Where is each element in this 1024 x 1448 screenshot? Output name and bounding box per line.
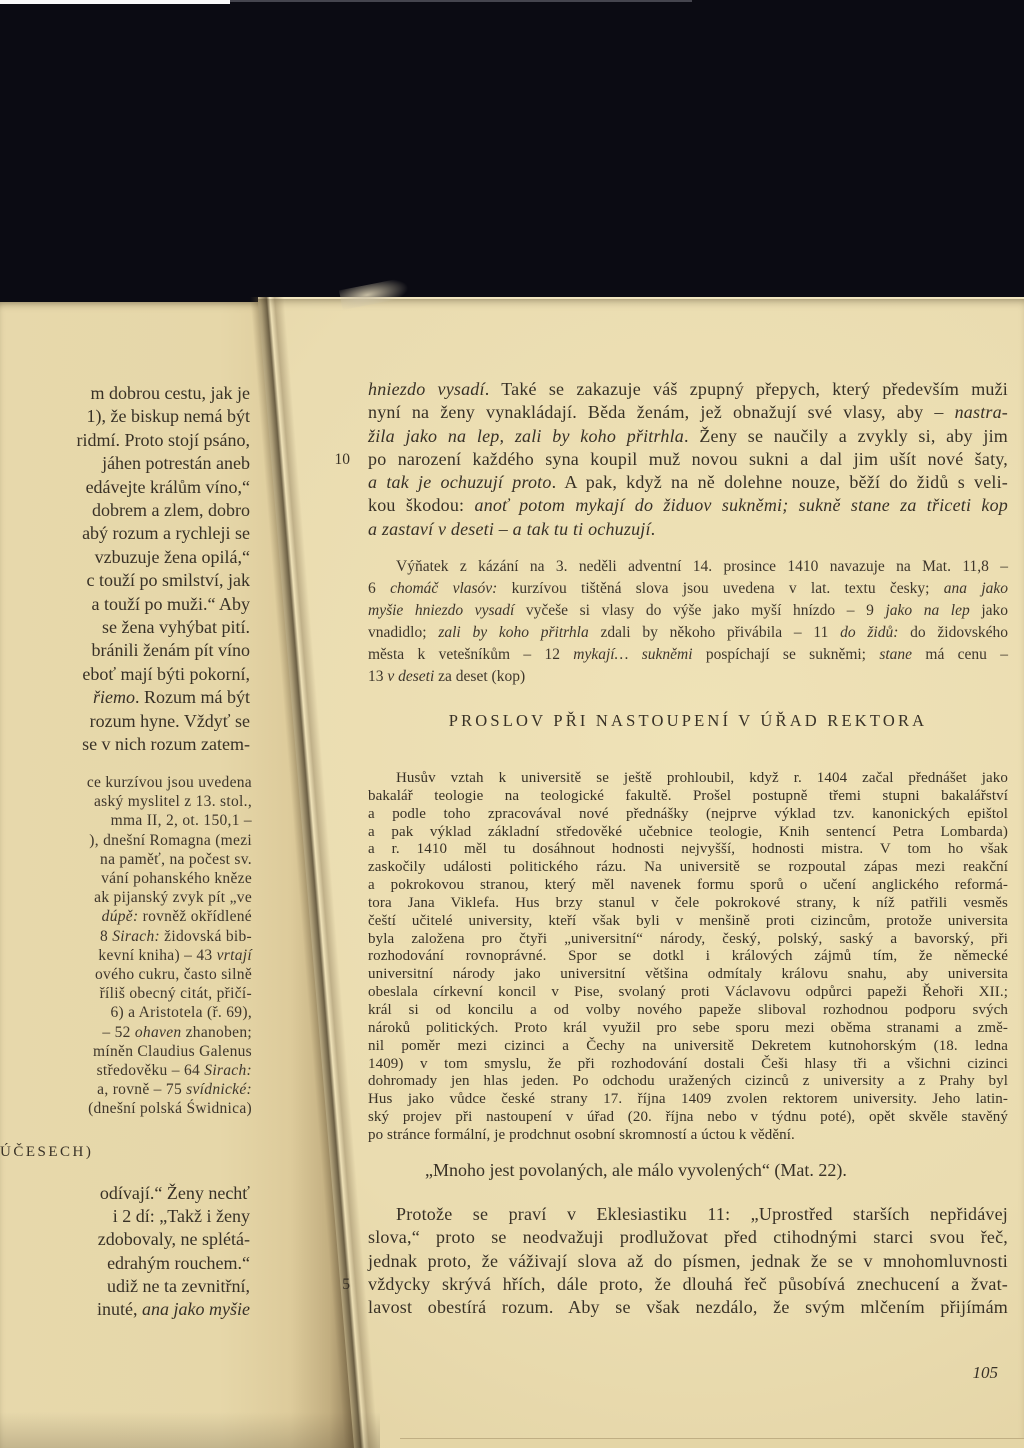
text-line: jednak proto, že váživají slova až do pí… [368, 1250, 1008, 1273]
text-line: a tak je ochuzují proto. A pak, když na … [368, 471, 1008, 494]
text-line: myšie hniezdo vysadí vyčeše si vlasy do … [368, 600, 1008, 622]
text-line: slova,“ proto se neodvažuji prodlužovat … [368, 1226, 1008, 1249]
text-line: a, rovně – 75 svídnické: [0, 1080, 252, 1099]
text-line: říliš obecný citát, přičí- [0, 984, 252, 1003]
text-line: na paměť, na počest sv. [0, 850, 252, 869]
text-line: bakalář teologie na teologické fakultě. … [368, 788, 1008, 806]
text-line: obeslala církevní koncil v Pise, svolaný… [368, 984, 1008, 1002]
text-line: dobrem a zlem, dobro [0, 499, 250, 522]
text-line: a podle toho zpracovával nové přednášky … [368, 806, 1008, 824]
speech-text: Protože se praví v Eklesiastiku 11: „Upr… [368, 1203, 1008, 1319]
text-line: Husův vztah k universitě se ještě prohlo… [368, 770, 1008, 788]
text-line: 13 v deseti za deset (kop) [368, 666, 1008, 688]
text-line: tora Jana Viklefa. Hus brzy stanul v čel… [368, 895, 1008, 913]
text-line: dohromady jen hlas jeden. Po odchodu ura… [368, 1073, 1008, 1091]
scan-edge-strip-dim [230, 0, 692, 2]
text-line: řiemo. Rozum má být [0, 686, 250, 709]
text-line: edrahým rouchem.“ [0, 1252, 250, 1275]
left-apparatus-text: ce kurzívou jsou uvedenaaský myslitel z … [0, 773, 252, 1119]
text-line: a touží po muži.“ Aby [0, 593, 250, 616]
text-line: rozum hyne. Vždyť se [0, 710, 250, 733]
text-line: i 2 dí: „Takž i ženy [0, 1205, 250, 1228]
text-line: ového cukru, často silně [0, 965, 252, 984]
excerpt-text: hniezdo vysadí. Také se zakazuje váš zpu… [368, 378, 1008, 541]
text-line: rozhodování rovnoprávné. Spor se dotkl i… [368, 948, 1008, 966]
text-line: bránili ženám pít víno [0, 639, 250, 662]
text-line: ský projev při nastoupení v úřad (20. ří… [368, 1109, 1008, 1127]
text-line: edávejte králům víno,“ [0, 476, 250, 499]
text-line: se žena vyhýbat pití. [0, 616, 250, 639]
left-heading-fragment: ÚČESECH) [0, 1144, 140, 1161]
text-line: nároků politických. Proto král využil pr… [368, 1020, 1008, 1038]
text-line: Výňatek z kázání na 3. neděli adventní 1… [368, 556, 1008, 578]
text-line: jáhen potrestán aneb [0, 452, 250, 475]
page-bottom-edge [400, 1438, 1024, 1448]
text-line: a pak výklad základní středověké učebnic… [368, 824, 1008, 842]
text-line: města k vetešníkům – 12 mykají… sukněmi … [368, 644, 1008, 666]
text-line: nyní na ženy vynakládají. Běda ženám, je… [368, 401, 1008, 424]
page-number: 105 [868, 1363, 998, 1383]
text-line: zdobovaly, ne splétá- [0, 1228, 250, 1251]
text-line: lavost obestírá rozum. Aby se však nezdá… [368, 1296, 1008, 1319]
left-speech-text: m dobrou cestu, jak je1), že biskup nemá… [0, 382, 250, 757]
text-line: po stránce formální, je prodchnut osobní… [368, 1127, 1008, 1145]
text-line: mma II, 2, ot. 150,1 – [0, 811, 252, 830]
text-line: 6 chomáč vlasóv: kurzívou tištěná slova … [368, 578, 1008, 600]
text-line: čeští učitelé university, kteří však byl… [368, 913, 1008, 931]
text-line: (dnešní polská Świdnica) [0, 1099, 252, 1118]
text-line: m dobrou cestu, jak je [0, 382, 250, 405]
text-line: kou škodou: anoť potom mykají do židuov … [368, 494, 1008, 517]
section-heading: PROSLOV PŘI NASTOUPENÍ V ÚŘAD REKTORA [368, 711, 1008, 731]
text-line: Hus jako vůdce české strany 17. října 14… [368, 1091, 1008, 1109]
text-line: ), dnešní Romagna (mezi [0, 831, 252, 850]
text-line: míněn Claudius Galenus [0, 1042, 252, 1061]
text-line: – 52 ohaven zhanoben; [0, 1023, 252, 1042]
text-line: zaskočily události politického rázu. Na … [368, 859, 1008, 877]
text-line: žila jako na lep, zali by koho přitrhla.… [368, 425, 1008, 448]
bottom-left-shadow [0, 1412, 380, 1448]
text-line: ce kurzívou jsou uvedena [0, 773, 252, 792]
critical-apparatus: Výňatek z kázání na 3. neděli adventní 1… [368, 556, 1008, 688]
text-line: dúpě: rovněž okřídlené [0, 907, 252, 926]
scan-edge-strip [0, 0, 230, 4]
text-line: eboť mají býti pokorní, [0, 663, 250, 686]
text-line: universitní národy jako universitní větš… [368, 966, 1008, 984]
text-line: 1), že biskup nemá být [0, 405, 250, 428]
scripture-quote: „Mnoho jest povolaných, ale málo vyvolen… [368, 1160, 1008, 1181]
text-line: Protože se praví v Eklesiastiku 11: „Upr… [368, 1203, 1008, 1226]
text-line: nil poměr mezi cizinci a Čechy na univer… [368, 1038, 1008, 1056]
text-line: středověku – 64 Sirach: [0, 1061, 252, 1080]
text-line: 6) a Aristotela (ř. 69), [0, 1003, 252, 1022]
text-line: c touží po smilství, jak [0, 569, 250, 592]
margin-line-number: 5 [314, 1276, 350, 1294]
margin-line-number: 10 [314, 451, 350, 469]
text-line: král si od koncilu a od volby nového pap… [368, 1002, 1008, 1020]
text-line: ridmí. Proto stojí psáno, [0, 429, 250, 452]
text-line: aský myslitel z 13. stol., [0, 792, 252, 811]
text-line: 8 Sirach: židovská bib- [0, 927, 252, 946]
text-line: vždycky skrývá hřích, dále proto, že dlo… [368, 1273, 1008, 1296]
text-line: vnadidlo; zali by koho přitrhla zdali by… [368, 622, 1008, 644]
text-line: vání pohanského kněze [0, 869, 252, 888]
text-line: se v nich rozum zatem- [0, 733, 250, 756]
text-line: byla založena pro čtyři „universitní“ ná… [368, 931, 1008, 949]
text-line: abý rozum a rychleji se [0, 522, 250, 545]
text-line: 1409) v tom smyslu, že při rozhodování d… [368, 1056, 1008, 1074]
left-closing-text: odívají.“ Ženy nechťi 2 dí: „Takž i ženy… [0, 1182, 250, 1321]
text-line: inuté, ana jako myšie [0, 1298, 250, 1321]
text-line: a zastaví v deseti – a tak tu ti ochuzuj… [368, 518, 1008, 541]
book-scan: m dobrou cestu, jak je1), že biskup nemá… [0, 0, 1024, 1448]
text-line: po narození každého syna koupil muž novo… [368, 448, 1008, 471]
text-line: hniezdo vysadí. Také se zakazuje váš zpu… [368, 378, 1008, 401]
text-line: ak pijanský zvyk pít „ve [0, 888, 252, 907]
text-line: kevní kniha) – 43 vrtají [0, 946, 252, 965]
text-line: vzbuzuje žena opilá,“ [0, 546, 250, 569]
text-line: udiž ne ta zevnitřní, [0, 1275, 250, 1298]
text-line: a r. 1410 měl tu dosáhnout hodnosti nejv… [368, 841, 1008, 859]
text-line: odívají.“ Ženy nechť [0, 1182, 250, 1205]
body-text: Husův vztah k universitě se ještě prohlo… [368, 770, 1008, 1145]
text-line: a pokrokovou stranou, který měl navenek … [368, 877, 1008, 895]
